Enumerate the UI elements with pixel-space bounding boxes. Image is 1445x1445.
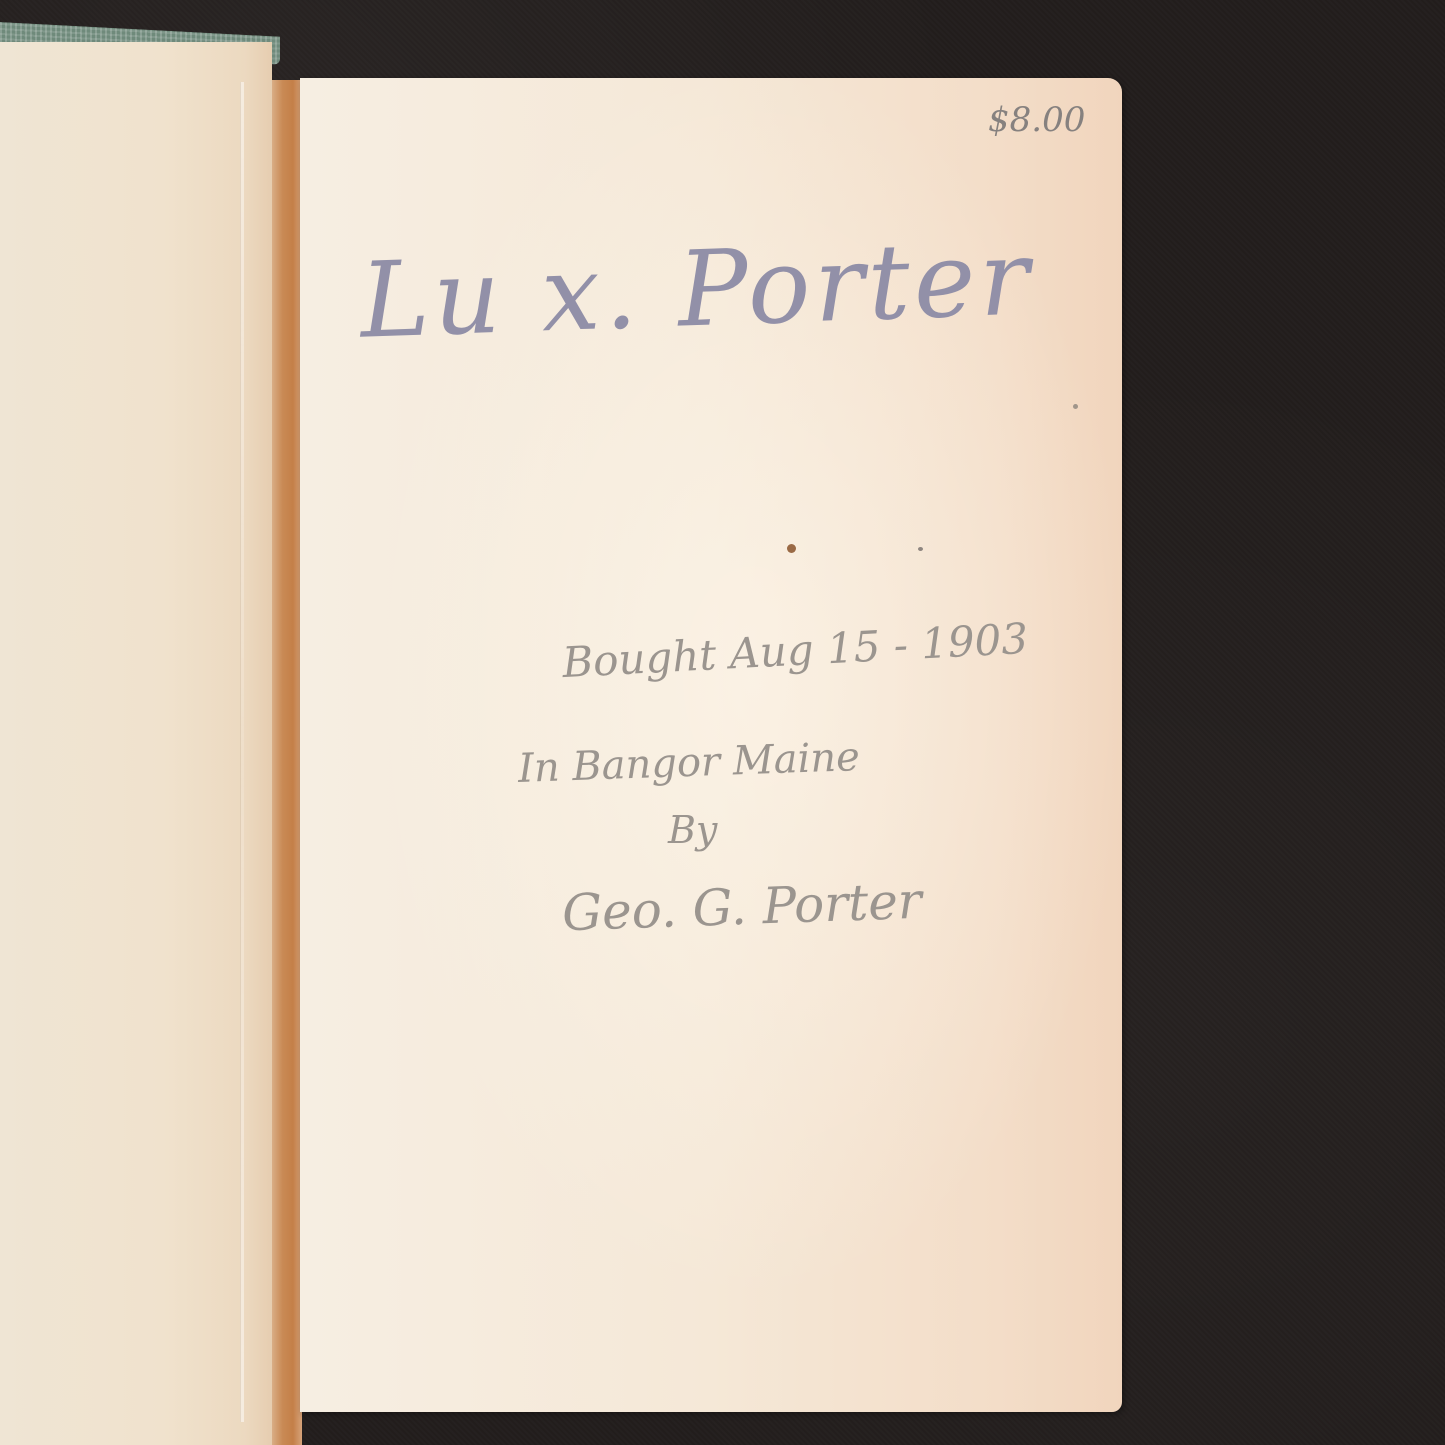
foxing-spot bbox=[787, 544, 796, 553]
foxing-spot bbox=[918, 547, 923, 551]
page-crease bbox=[240, 82, 244, 1422]
book-hinge bbox=[272, 80, 302, 1445]
inscription-by: By bbox=[668, 808, 717, 852]
foxing-spot bbox=[1073, 404, 1078, 409]
owner-signature: Lu x. Porter bbox=[358, 216, 1035, 361]
inscription-place: In Bangor Maine bbox=[517, 734, 860, 792]
inscription-date: Bought Aug 15 - 1903 bbox=[561, 614, 1029, 687]
inscription-giver: Geo. G. Porter bbox=[561, 872, 923, 943]
left-endpaper bbox=[0, 42, 272, 1445]
right-endpaper: $8.00 Lu x. Porter Bought Aug 15 - 1903 … bbox=[300, 78, 1122, 1412]
price-note: $8.00 bbox=[988, 100, 1085, 140]
